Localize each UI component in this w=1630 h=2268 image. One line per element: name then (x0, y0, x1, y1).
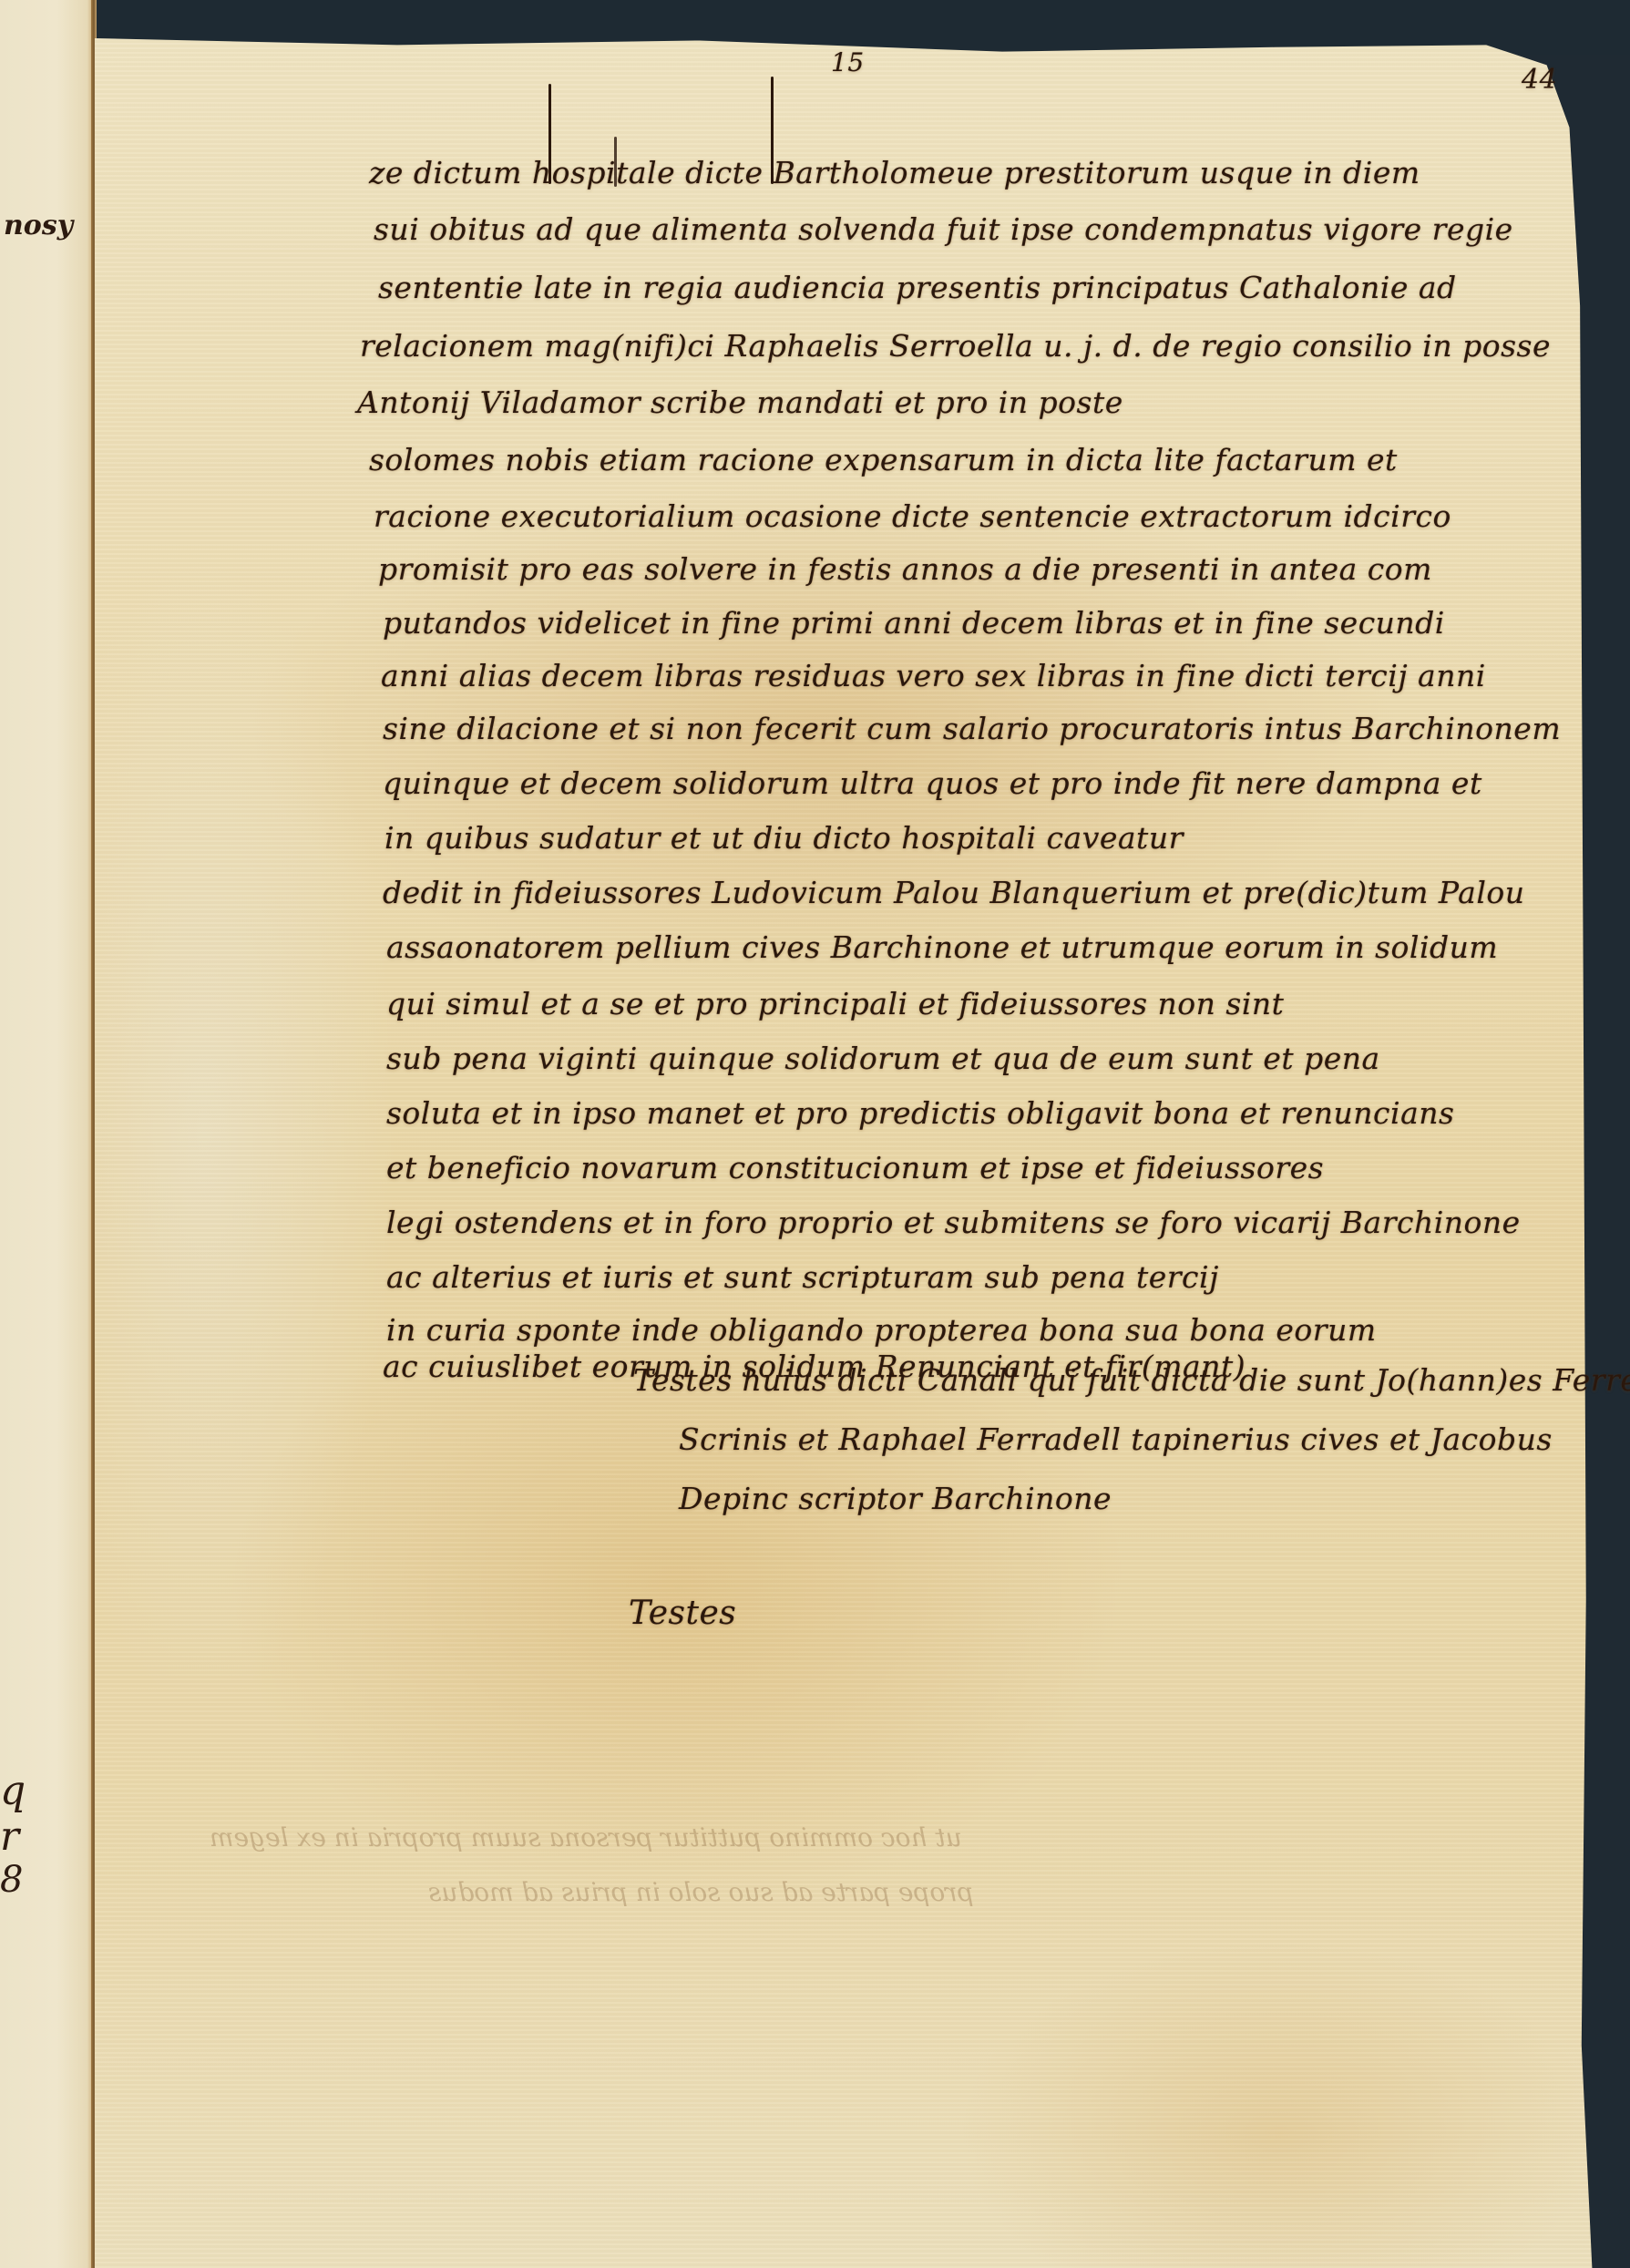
text-line: relacionem mag(nifi)ci Raphaelis Serroel… (360, 328, 1551, 364)
text-line: in quibus sudatur et ut diu dicto hospit… (384, 820, 1184, 856)
left-page-fragment: 8 (0, 1859, 23, 1901)
text-line: solomes nobis etiam racione expensarum i… (369, 442, 1398, 477)
witness-line: Scrinis et Raphael Ferradell tapinerius … (679, 1421, 1553, 1457)
text-line: in curia sponte inde obligando propterea… (386, 1312, 1377, 1348)
left-page-fragment: nosy (4, 210, 73, 241)
text-line: anni alias decem libras residuas vero se… (381, 658, 1486, 693)
text-line: quinque et decem solidorum ultra quos et… (383, 765, 1482, 801)
text-line: dedit in fideiussores Ludovicum Palou Bl… (383, 875, 1525, 910)
text-line: promisit pro eas solvere in festis annos… (378, 551, 1432, 587)
closing-mark: Testes (629, 1595, 736, 1632)
text-line: Antonij Viladamor scribe mandati et pro … (357, 385, 1123, 420)
left-page-fragment: r (0, 1813, 19, 1860)
text-line: ac alterius et iuris et sunt scripturam … (386, 1259, 1219, 1295)
manuscript-scan: nosy q r 8 ut hoc ommino puttitur person… (0, 0, 1630, 2268)
text-line: putandos videlicet in fine primi anni de… (383, 605, 1445, 641)
text-line: sine dilacione et si non fecerit cum sal… (383, 711, 1561, 746)
text-line: legi ostendens et in foro proprio et sub… (386, 1205, 1521, 1240)
witness-line: Testes huius dicti Canall qui fuit dicta… (633, 1362, 1630, 1398)
witness-line: Depinc scriptor Barchinone (679, 1481, 1112, 1516)
text-line: racione executorialium ocasione dicte se… (374, 498, 1451, 534)
text-line: sententie late in regia audiencia presen… (378, 270, 1457, 305)
text-line: qui simul et a se et pro principali et f… (386, 986, 1284, 1021)
folio-number: 44 (1522, 64, 1557, 96)
left-page-edge: nosy q r 8 (0, 0, 95, 2268)
bleed-through-text: ut hoc ommino puttitur persona suum prop… (210, 1822, 962, 1852)
text-line: sub pena viginti quinque solidorum et qu… (386, 1041, 1380, 1076)
text-line: sui obitus ad que alimenta solvenda fuit… (374, 211, 1513, 247)
header-mark: 15 (831, 47, 865, 77)
text-line: soluta et in ipso manet et pro predictis… (386, 1095, 1454, 1131)
text-line: et beneficio novarum constitucionum et i… (386, 1150, 1324, 1185)
text-line: ze dictum hospitale dicte Bartholomeue p… (369, 155, 1420, 190)
text-line: assaonatorem pellium cives Barchinone et… (386, 929, 1498, 965)
left-page-fragment: q (0, 1768, 26, 1814)
bleed-through-text: prope parte ad suo solo in prius ad modu… (428, 1877, 974, 1907)
